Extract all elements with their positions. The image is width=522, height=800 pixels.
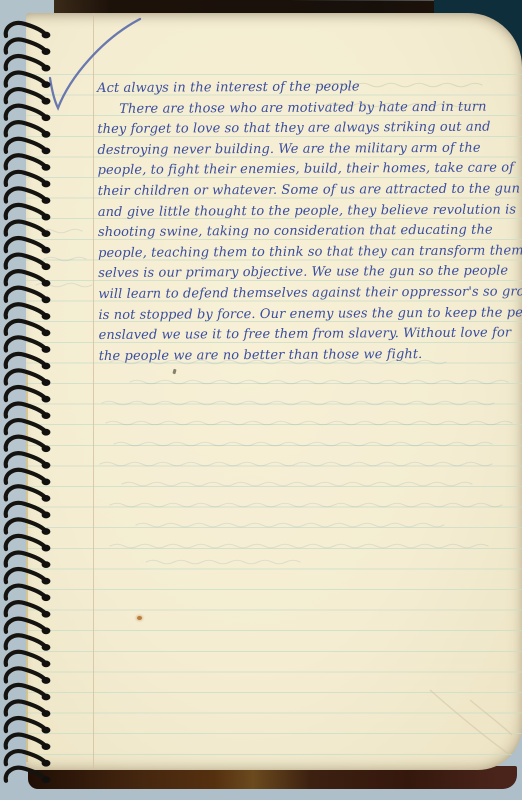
page-title-line: Act always in the interest of the people xyxy=(97,76,514,99)
handwritten-line: will learn to defend themselves against … xyxy=(98,282,515,305)
handwritten-line: There are those who are motivated by hat… xyxy=(97,97,514,120)
handwritten-line: shooting swine, taking no consideration … xyxy=(98,221,515,244)
handwritten-line: the people we are no better than those w… xyxy=(99,344,516,367)
bleed-through-text xyxy=(110,544,488,548)
handwritten-line: they forget to love so that they are alw… xyxy=(97,118,514,141)
notebook-scan: Act always in the interest of the people… xyxy=(0,0,522,800)
handwritten-line: and give little thought to the people, t… xyxy=(98,200,515,223)
handwritten-line: people, teaching them to think so that t… xyxy=(98,241,515,264)
spiral-binding xyxy=(0,16,58,792)
paper-stain xyxy=(137,616,142,620)
bleed-through-text xyxy=(110,503,502,507)
handwritten-line: their children or whatever. Some of us a… xyxy=(98,179,515,202)
handwritten-text: Act always in the interest of the people… xyxy=(97,76,516,367)
handwritten-line: enslaved we use it to free them from sla… xyxy=(99,324,516,347)
bleed-through-text xyxy=(130,380,508,384)
bleed-through-text xyxy=(136,523,444,527)
bleed-through-text xyxy=(100,462,492,466)
handwritten-line: selves is our primary objective. We use … xyxy=(98,262,515,285)
notebook-page: Act always in the interest of the people… xyxy=(26,13,522,770)
bleed-through-text xyxy=(146,560,300,564)
bleed-through-text xyxy=(114,442,492,446)
handwritten-line: people, to fight their enemies, build, t… xyxy=(98,159,515,182)
bleed-through-text xyxy=(106,421,512,425)
body-paragraph: There are those who are motivated by hat… xyxy=(97,97,516,367)
handwritten-line: destroying never building. We are the mi… xyxy=(97,138,514,161)
handwritten-line: is not stopped by force. Our enemy uses … xyxy=(98,303,515,326)
bleed-through-text xyxy=(102,401,494,405)
bleed-through-text xyxy=(122,482,472,486)
